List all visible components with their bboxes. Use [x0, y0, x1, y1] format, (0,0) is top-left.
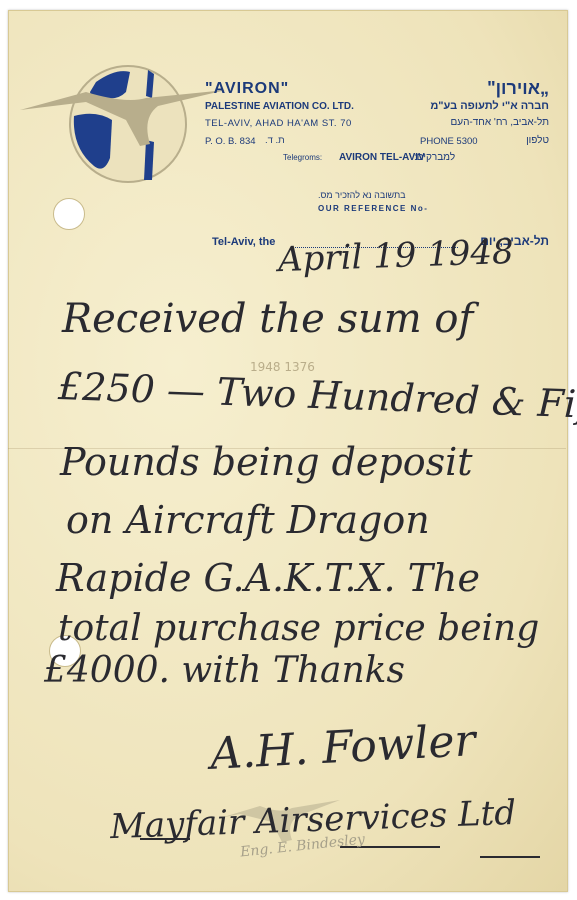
reference-label: OUR REFERENCE No-	[318, 204, 428, 213]
address: TEL-AVIV, AHAD HA'AM ST. 70	[205, 118, 352, 129]
firm-underline-1	[140, 838, 190, 840]
po-box-hebrew: ת. ד.	[265, 135, 285, 146]
brand-name: "AVIRON"	[205, 80, 289, 98]
handwritten-date: April 19 1948	[277, 232, 514, 280]
phone-hebrew: טלפון	[526, 135, 549, 146]
handwritten-line-3: Pounds being deposit	[60, 440, 473, 484]
punch-hole-top	[53, 198, 85, 230]
brand-name-hebrew: „אוירון"	[487, 78, 549, 99]
handwritten-line-6: total purchase price being	[58, 608, 539, 649]
place-label: Tel-Aviv, the	[212, 236, 275, 248]
po-box: P. O. B. 834	[205, 136, 256, 147]
company-name: PALESTINE AVIATION CO. LTD.	[205, 101, 354, 112]
firm-underline-3	[480, 856, 540, 858]
handwritten-line-4: on Aircraft Dragon	[66, 498, 430, 542]
company-name-hebrew: חברה א"י לתעופה בע"מ	[430, 100, 549, 112]
telegrams-value: AVIRON TEL-AVIV	[339, 152, 425, 163]
telegrams-label: Telegroms:	[283, 153, 322, 162]
handwritten-line-5: Rapide G.A.K.T.X. The	[56, 556, 480, 600]
aviron-globe-logo-icon	[66, 62, 190, 186]
handwritten-line-7: £4000. with Thanks	[44, 650, 405, 691]
address-hebrew: תל-אביב, רח' אחד-העם	[450, 117, 549, 128]
reference-hebrew: בתשובה נא להזכיר מס.	[318, 190, 406, 200]
handwritten-line-1: Received the sum of	[62, 296, 473, 342]
telegrams-hebrew: למברקים:	[414, 152, 455, 163]
phone: PHONE 5300	[420, 136, 478, 147]
